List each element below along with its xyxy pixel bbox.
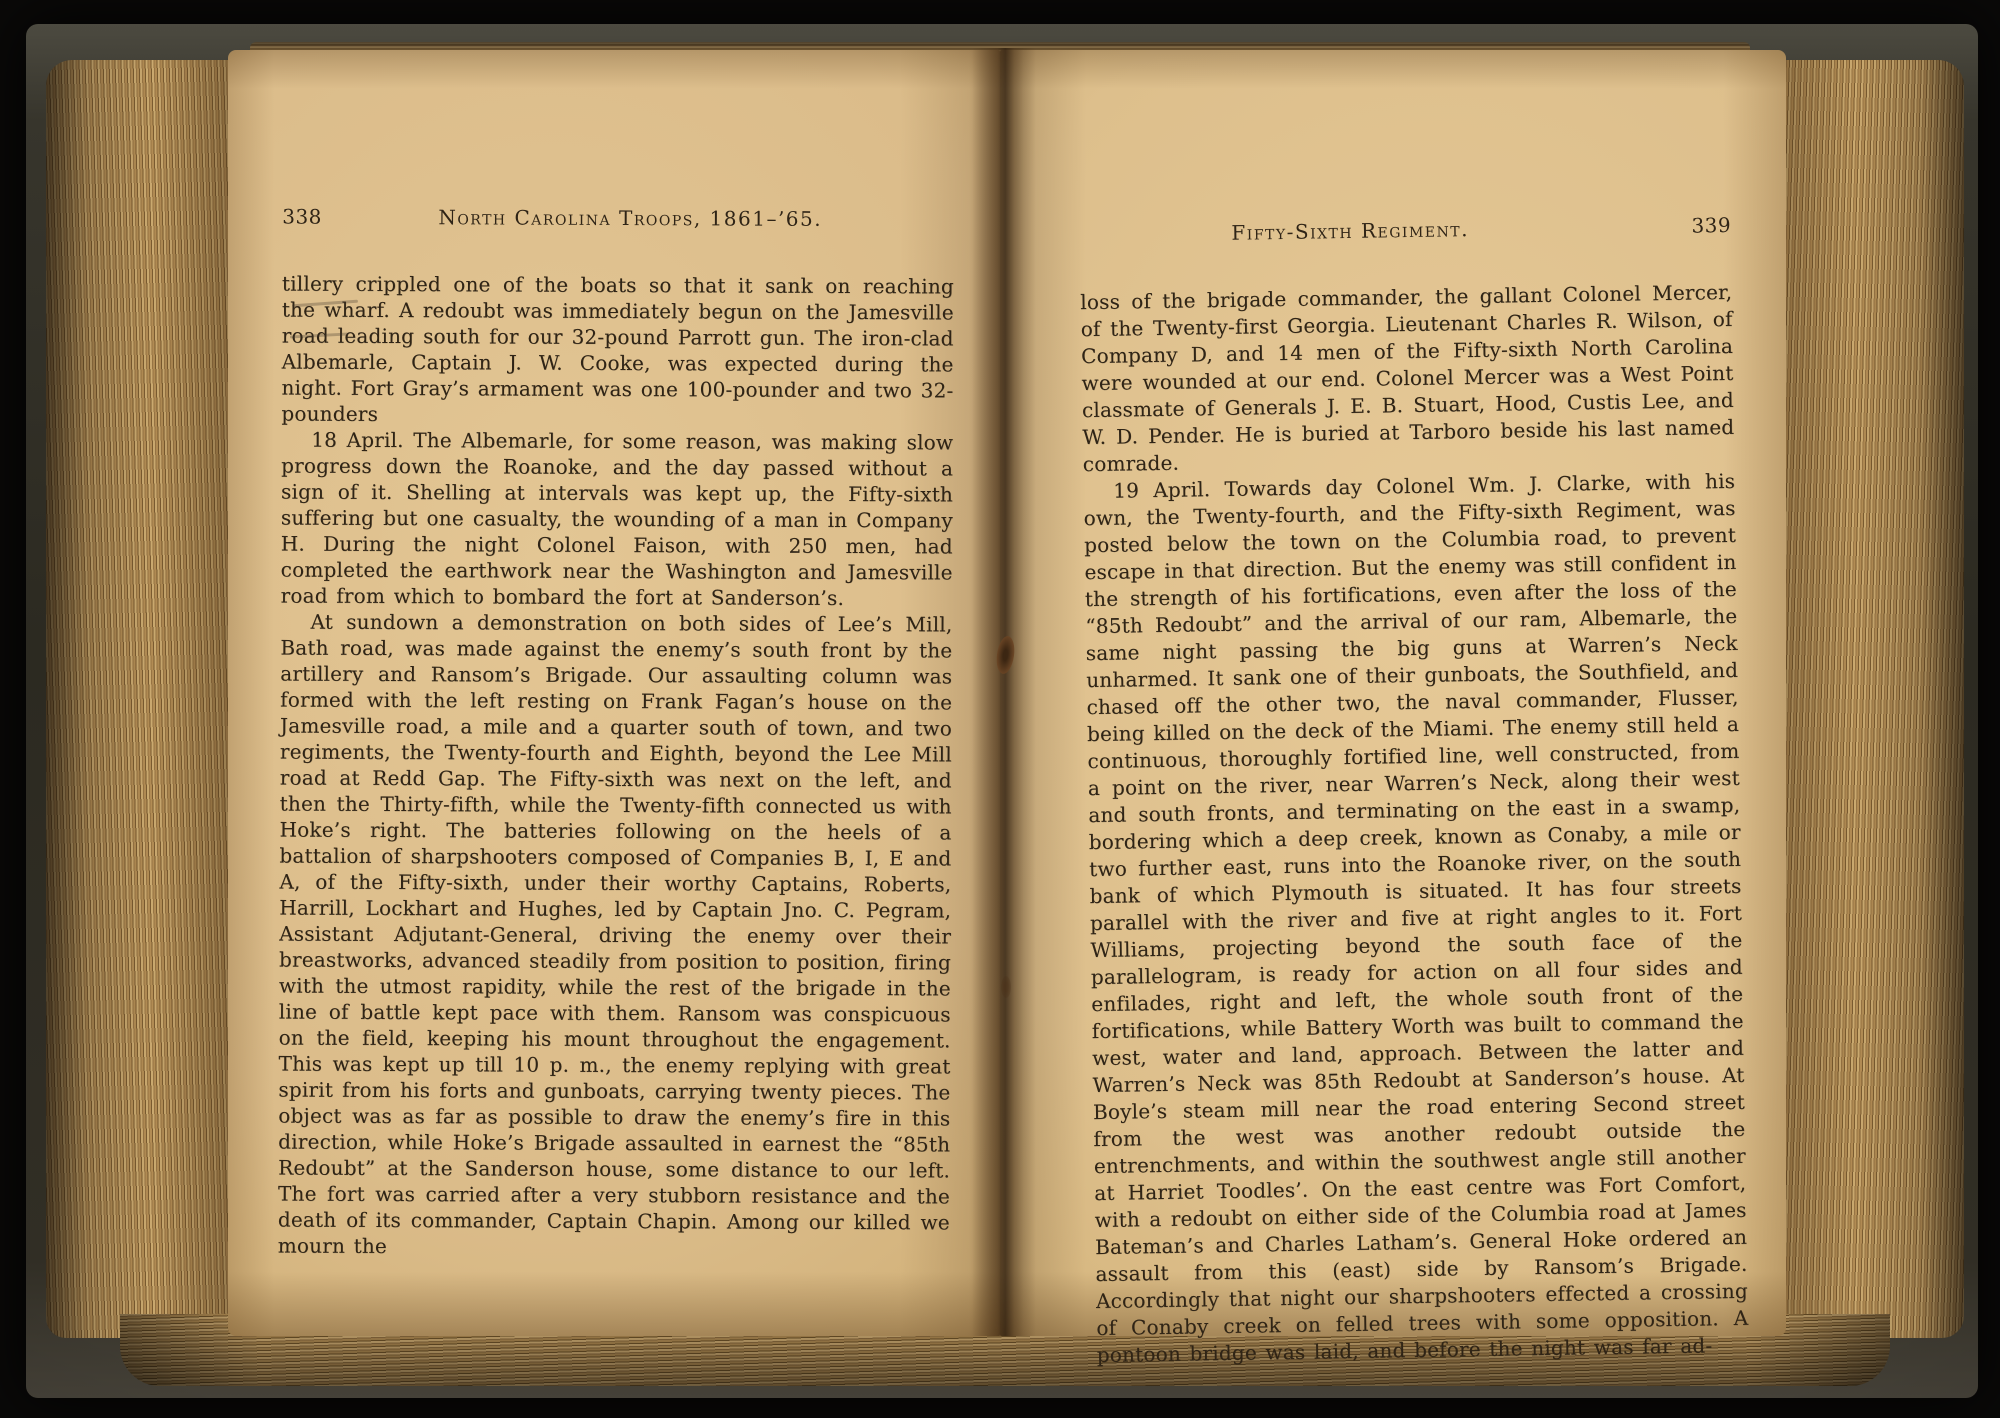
left-running-title: North Carolina Troops, 1861–’65. bbox=[364, 205, 896, 231]
right-running-title: Fifty-Sixth Regiment. bbox=[1094, 215, 1606, 247]
paragraph: loss of the brigade commander, the galla… bbox=[1080, 279, 1735, 478]
left-page: 338 North Carolina Troops, 1861–’65. til… bbox=[228, 50, 1000, 1336]
paragraph: At sundown a demonstration on both sides… bbox=[278, 609, 953, 1262]
left-page-body: tillery crippled one of the boats so tha… bbox=[278, 271, 954, 1262]
left-page-text-block: 338 North Carolina Troops, 1861–’65. til… bbox=[278, 205, 955, 1262]
paragraph: 18 April. The Albemarle, for some reason… bbox=[281, 427, 954, 612]
right-page: Fifty-Sixth Regiment. 339 loss of the br… bbox=[1000, 50, 1786, 1336]
left-page-header: 338 North Carolina Troops, 1861–’65. bbox=[282, 205, 954, 232]
right-page-header: Fifty-Sixth Regiment. 339 bbox=[1079, 213, 1731, 247]
page-stack-right-edge bbox=[1766, 60, 1964, 1338]
page-stack-left-edge bbox=[46, 60, 238, 1338]
left-page-number: 338 bbox=[282, 205, 352, 229]
book-photo-background: 338 North Carolina Troops, 1861–’65. til… bbox=[0, 0, 2000, 1418]
right-page-body: loss of the brigade commander, the galla… bbox=[1080, 279, 1749, 1369]
right-page-text-block: Fifty-Sixth Regiment. 339 loss of the br… bbox=[1079, 213, 1749, 1369]
paragraph: tillery crippled one of the boats so tha… bbox=[281, 271, 954, 430]
right-page-number: 339 bbox=[1661, 213, 1731, 238]
paragraph: 19 April. Towards day Colonel Wm. J. Cla… bbox=[1083, 468, 1749, 1369]
